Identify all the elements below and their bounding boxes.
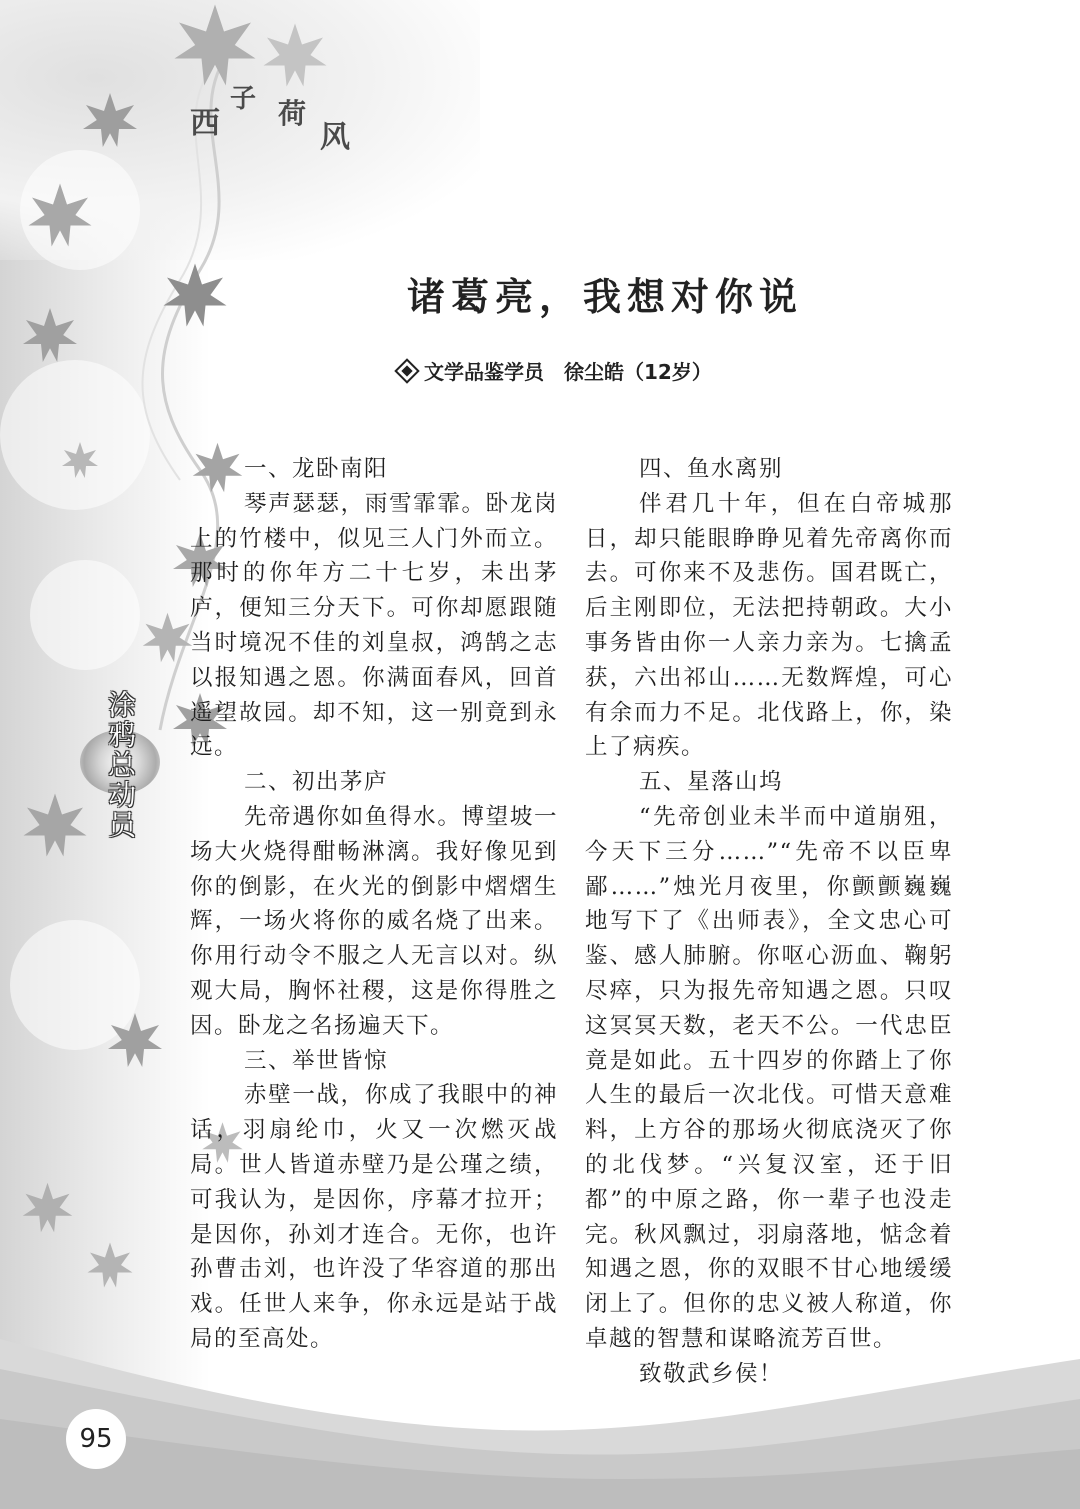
section-heading: 一、龙卧南阳	[190, 452, 558, 487]
byline: 文学品鉴学员 徐尘皓（12岁）	[398, 356, 712, 385]
maple-leaf-icon	[105, 1010, 165, 1070]
maple-leaf-icon	[20, 790, 90, 860]
left-column: 一、龙卧南阳 琴声瑟瑟，雨雪霏霏。卧龙岗上的竹楼中，似见三人门外而立。那时的你年…	[190, 452, 558, 1357]
section-heading: 五、星落山坞	[585, 765, 953, 800]
section-heading: 二、初出茅庐	[190, 765, 558, 800]
section-header-char: 西	[190, 98, 220, 142]
magazine-page: 西 子 荷 风 诸葛亮，我想对你说 文学品鉴学员 徐尘皓（12岁） 一、龙卧南阳…	[0, 0, 1080, 1509]
paragraph: 伴君几十年，但在白帝城那日，却只能眼睁睁见着先帝离你而去。可你来不及悲伤。国君既…	[585, 487, 953, 765]
page-number: 95	[66, 1409, 126, 1469]
column-label: 涂鸦总动员	[100, 690, 140, 840]
bottom-wave-decor	[0, 1279, 1080, 1509]
section-header-char: 风	[320, 112, 350, 156]
section-header-char: 荷	[278, 92, 306, 132]
section-heading: 四、鱼水离别	[585, 452, 953, 487]
maple-leaf-icon	[25, 180, 95, 250]
article-title: 诸葛亮，我想对你说	[0, 266, 1080, 321]
paragraph: 先帝遇你如鱼得水。博望坡一场大火烧得酣畅淋漓。我好像见到你的倒影，在火光的倒影中…	[190, 800, 558, 1044]
section-heading: 三、举世皆惊	[190, 1044, 558, 1079]
maple-leaf-icon	[170, 0, 260, 90]
maple-leaf-icon	[140, 610, 195, 665]
maple-leaf-icon	[60, 440, 100, 480]
byline-text: 文学品鉴学员 徐尘皓（12岁）	[424, 356, 712, 385]
section-header-char: 子	[230, 78, 256, 115]
maple-leaf-icon	[260, 20, 330, 90]
maple-leaf-icon	[20, 1180, 75, 1235]
right-column: 四、鱼水离别 伴君几十年，但在白帝城那日，却只能眼睁睁见着先帝离你而去。可你来不…	[585, 452, 953, 1392]
diamond-bullet-icon	[394, 358, 419, 383]
paragraph: 琴声瑟瑟，雨雪霏霏。卧龙岗上的竹楼中，似见三人门外而立。那时的你年方二十七岁，未…	[190, 487, 558, 765]
maple-leaf-icon	[80, 90, 140, 150]
paragraph: “先帝创业未半而中道崩殂，今天下三分……”“先帝不以臣卑鄙……”烛光月夜里，你颤…	[585, 800, 953, 1357]
